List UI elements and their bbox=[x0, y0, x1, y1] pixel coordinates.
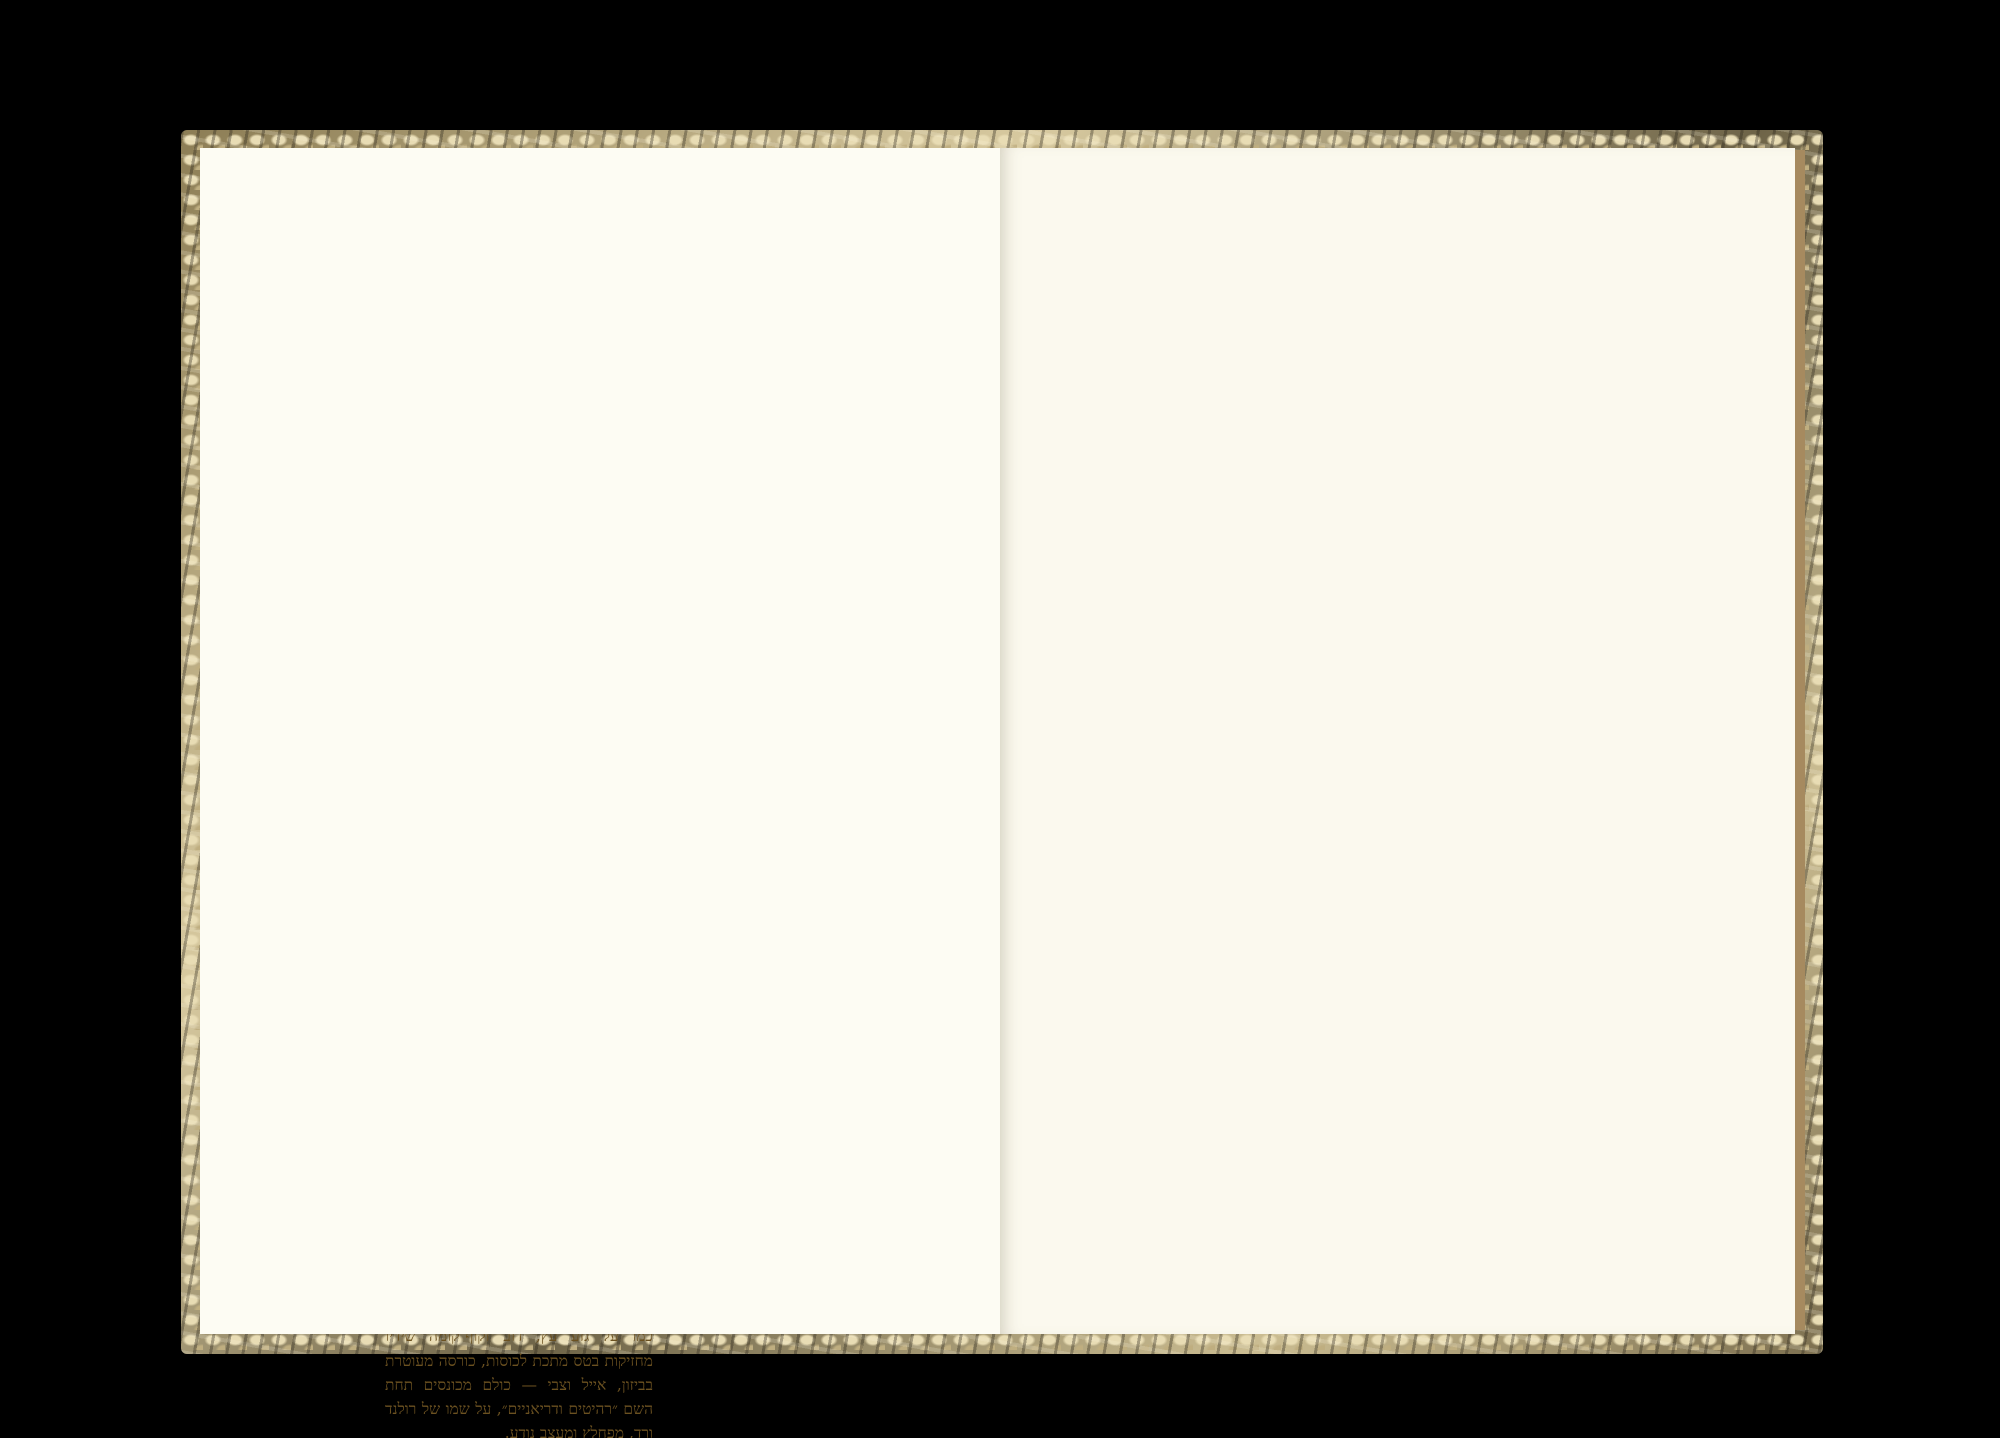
left-page bbox=[200, 148, 1000, 1334]
page-edge-strip bbox=[1795, 150, 1805, 1330]
right-page bbox=[1000, 148, 1795, 1334]
